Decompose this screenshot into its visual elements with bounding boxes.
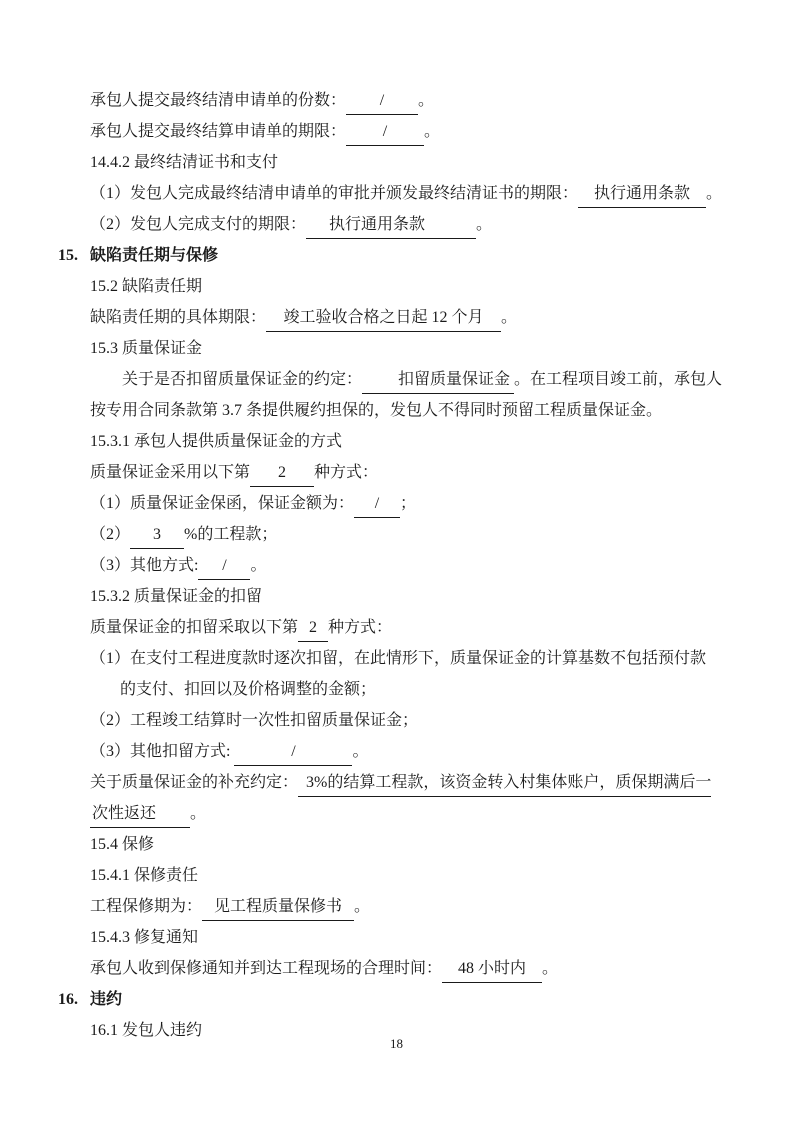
contract-clause-line: 承包人提交最终结算申请单的期限：/。 (90, 116, 723, 147)
contract-clause-line: 关于质量保证金的补充约定：3%的结算工程款，该资金转入村集体账户，质保期满后一 (90, 767, 723, 798)
clause-text: 。 (424, 123, 440, 140)
clause-text: （1）发包人完成最终结清申请单的审批并颁发最终结清证书的期限： (90, 185, 578, 202)
clause-text: 15.3.1 承包人提供质量保证金的方式 (90, 433, 342, 450)
fill-in-blank: 48 小时内 (442, 955, 542, 983)
clause-text: 。 (706, 185, 722, 202)
contract-clause-line: （2）工程竣工结算时一次性扣留质量保证金； (90, 705, 723, 736)
clause-text: （2）工程竣工结算时一次性扣留质量保证金； (90, 712, 418, 729)
section-number: 16. (58, 984, 90, 1015)
contract-clause-line: 关于是否扣留质量保证金的约定：扣留质量保证金。在工程项目竣工前，承包人 (90, 364, 723, 395)
fill-in-blank: 竣工验收合格之日起 12 个月 (266, 304, 501, 332)
contract-clause-line: 15.4.3 修复通知 (90, 922, 723, 953)
section-heading: 15.缺陷责任期与保修 (58, 240, 723, 271)
fill-in-blank: / (354, 490, 400, 518)
section-number: 15. (58, 240, 90, 271)
contract-body: 承包人提交最终结清申请单的份数：/。 承包人提交最终结算申请单的期限：/。 14… (90, 85, 723, 1046)
document-page: 承包人提交最终结清申请单的份数：/。 承包人提交最终结算申请单的期限：/。 14… (0, 0, 793, 1122)
fill-in-blank: 扣留质量保证金 (362, 366, 514, 394)
clause-text: 。 (354, 898, 370, 915)
clause-text: 15.4 保修 (90, 836, 154, 853)
clause-text: 种方式： (328, 619, 392, 636)
fill-in-blank: 次性返还 (90, 800, 190, 828)
clause-text: %的工程款； (184, 526, 277, 543)
clause-text: 承包人提交最终结清申请单的份数： (90, 92, 346, 109)
clause-text: 承包人收到保修通知并到达工程现场的合理时间： (90, 960, 442, 977)
fill-in-blank: / (234, 738, 352, 766)
clause-text: 质量保证金采用以下第 (90, 464, 250, 481)
clause-text: 关于质量保证金的补充约定： (90, 774, 298, 791)
clause-text: 种方式： (314, 464, 378, 481)
clause-text: 15.2 缺陷责任期 (90, 278, 202, 295)
contract-clause-line: （3）其他方式:/。 (90, 550, 723, 581)
clause-text: 。 (250, 557, 266, 574)
clause-text: 的支付、扣回以及价格调整的金额； (120, 681, 376, 698)
clause-text: （1）在支付工程进度款时逐次扣留，在此情形下，质量保证金的计算基数不包括预付款 (90, 650, 706, 667)
clause-text: 。 (418, 92, 434, 109)
clause-text: 关于是否扣留质量保证金的约定： (122, 371, 362, 388)
clause-text: （2） (90, 526, 130, 543)
contract-clause-line: （1）质量保证金保函，保证金额为：/； (90, 488, 723, 519)
contract-clause-line: （1）发包人完成最终结清申请单的审批并颁发最终结清证书的期限：执行通用条款。 (90, 178, 723, 209)
fill-in-blank: 3 (130, 521, 184, 549)
fill-in-blank: 执行通用条款 (578, 180, 706, 208)
contract-clause-line: （1）在支付工程进度款时逐次扣留，在此情形下，质量保证金的计算基数不包括预付款 (90, 643, 723, 674)
section-title: 违约 (90, 991, 122, 1008)
contract-clause-line: 15.3.1 承包人提供质量保证金的方式 (90, 426, 723, 457)
contract-clause-line: 15.3.2 质量保证金的扣留 (90, 581, 723, 612)
section-title: 缺陷责任期与保修 (90, 247, 218, 264)
contract-clause-line: （2）发包人完成支付的期限：执行通用条款。 (90, 209, 723, 240)
clause-text: 工程保修期为： (90, 898, 202, 915)
clause-text: 15.4.1 保修责任 (90, 867, 198, 884)
fill-in-blank: / (346, 87, 418, 115)
clause-text: 承包人提交最终结算申请单的期限： (90, 123, 346, 140)
fill-in-blank: 3%的结算工程款，该资金转入村集体账户，质保期满后一 (298, 769, 711, 797)
contract-clause-line: 的支付、扣回以及价格调整的金额； (90, 674, 723, 705)
clause-text: （3）其他扣留方式: (90, 743, 234, 760)
contract-clause-line: 承包人收到保修通知并到达工程现场的合理时间：48 小时内。 (90, 953, 723, 984)
clause-text: 15.4.3 修复通知 (90, 929, 198, 946)
clause-text: 按专用合同条款第 3.7 条提供履约担保的，发包人不得同时预留工程质量保证金。 (90, 402, 662, 419)
clause-text: （3）其他方式: (90, 557, 198, 574)
clause-text: （2）发包人完成支付的期限： (90, 216, 306, 233)
contract-clause-line: （3）其他扣留方式: /。 (90, 736, 723, 767)
contract-clause-line: （2）3%的工程款； (90, 519, 723, 550)
contract-clause-line: 按专用合同条款第 3.7 条提供履约担保的，发包人不得同时预留工程质量保证金。 (90, 395, 723, 426)
contract-clause-line: 质量保证金的扣留采取以下第2种方式： (90, 612, 723, 643)
contract-clause-line: 承包人提交最终结清申请单的份数：/。 (90, 85, 723, 116)
clause-text: 质量保证金的扣留采取以下第 (90, 619, 298, 636)
fill-in-blank: 2 (250, 459, 314, 487)
clause-text: （1）质量保证金保函，保证金额为： (90, 495, 354, 512)
clause-text: 。在工程项目竣工前，承包人 (514, 371, 722, 388)
clause-text: 。 (190, 805, 206, 822)
contract-clause-line: 15.4.1 保修责任 (90, 860, 723, 891)
contract-clause-line: 缺陷责任期的具体期限：竣工验收合格之日起 12 个月。 (90, 302, 723, 333)
clause-text: 14.4.2 最终结清证书和支付 (90, 154, 278, 171)
clause-text: 。 (476, 216, 492, 233)
clause-text: 。 (501, 309, 517, 326)
clause-text: 。 (352, 743, 368, 760)
contract-clause-line: 次性返还。 (90, 798, 723, 829)
clause-text: 。 (542, 960, 558, 977)
section-heading: 16.违约 (58, 984, 723, 1015)
fill-in-blank: 见工程质量保修书 (202, 893, 354, 921)
fill-in-blank: / (198, 552, 250, 580)
clause-text: ； (400, 495, 416, 512)
fill-in-blank: 执行通用条款 (306, 211, 476, 239)
contract-clause-line: 15.4 保修 (90, 829, 723, 860)
clause-text: 缺陷责任期的具体期限： (90, 309, 266, 326)
contract-clause-line: 工程保修期为：见工程质量保修书。 (90, 891, 723, 922)
fill-in-blank: / (346, 118, 424, 146)
clause-text: 15.3 质量保证金 (90, 340, 202, 357)
contract-clause-line: 质量保证金采用以下第2种方式： (90, 457, 723, 488)
contract-clause-line: 15.2 缺陷责任期 (90, 271, 723, 302)
fill-in-blank: 2 (298, 614, 328, 642)
page-number: 18 (0, 1036, 793, 1052)
clause-text: 15.3.2 质量保证金的扣留 (90, 588, 262, 605)
contract-clause-line: 15.3 质量保证金 (90, 333, 723, 364)
contract-clause-line: 14.4.2 最终结清证书和支付 (90, 147, 723, 178)
